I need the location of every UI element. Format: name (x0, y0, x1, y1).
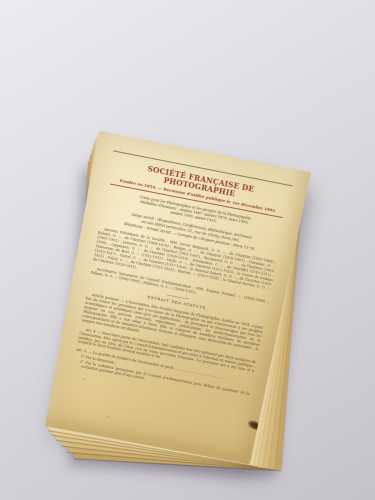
booklet: SOCIÉTÉ FRANÇAISE DE PHOTOGRAPHIE Fondée… (45, 131, 311, 465)
photograph-of-booklet: SOCIÉTÉ FRANÇAISE DE PHOTOGRAPHIE Fondée… (0, 0, 375, 500)
foxing-speck (107, 416, 110, 418)
page-stack: SOCIÉTÉ FRANÇAISE DE PHOTOGRAPHIE Fondée… (45, 131, 311, 465)
foxing-speck (83, 378, 85, 380)
